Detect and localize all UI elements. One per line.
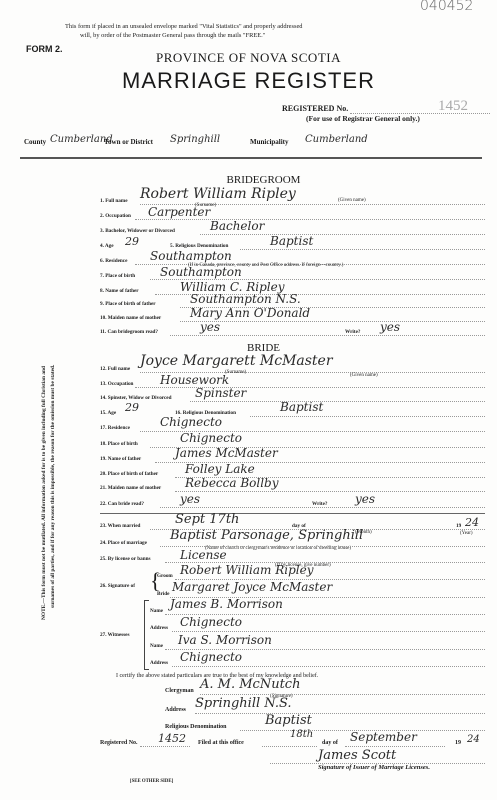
groom-father-birthplace-value: Southampton N.S.	[190, 292, 301, 306]
witness1-address-label: Address	[150, 625, 168, 631]
bride-residence-label: 17. Residence	[100, 425, 130, 431]
town-label: Town or District	[104, 138, 153, 146]
line	[140, 746, 190, 747]
bride-father-label: 19. Name of father	[100, 456, 141, 462]
groom-given-caption: (Given name)	[338, 198, 366, 203]
clergy-denomination: Baptist	[265, 713, 312, 728]
line	[170, 335, 485, 336]
bride-occupation-value: Housework	[160, 373, 229, 387]
postal-notice-line1: This form if placed in an unsealed envel…	[65, 23, 303, 30]
groom-read-value: yes	[200, 320, 220, 334]
side-note: NOTE.—This form must not be mutilated. A…	[40, 365, 58, 620]
bride-birthplace-value: Chignecto	[180, 431, 242, 445]
line	[345, 746, 445, 747]
registrar-note: (For use of Registrar General only.)	[306, 114, 420, 123]
stamp-number: 040452	[420, 0, 473, 14]
province-heading: PROVINCE OF NOVA SCOTIA	[0, 50, 497, 66]
filed-day-of-label: day of	[322, 740, 338, 746]
clergyman-signature: A. M. McNutch	[200, 677, 300, 692]
groom-age-value: 29	[125, 235, 139, 248]
side-note-line1: NOTE.—This form must not be mutilated. A…	[40, 365, 49, 620]
line	[135, 219, 485, 220]
line	[200, 234, 485, 235]
groom-read-label: 11. Can bridegroom read?	[100, 329, 158, 335]
groom-residence-label: 6. Residence	[100, 258, 127, 264]
header-divider	[20, 157, 482, 159]
bride-sig-label: Bride	[157, 591, 169, 597]
groom-age-label: 4. Age	[100, 243, 114, 249]
filed-label: Filed at this office	[198, 740, 244, 746]
groom-full-name-value: Robert William Ripley	[140, 186, 296, 202]
filed-year: 24	[467, 734, 480, 745]
groom-father-birthplace-label: 9. Place of birth of father	[100, 301, 156, 307]
filing-registered-no-value: 1452	[158, 732, 186, 745]
witnesses-label: 27. Witnesses	[100, 632, 130, 638]
groom-status-label: 3. Bachelor, Widower or Divorced	[100, 228, 175, 234]
groom-mother-value: Mary Ann O'Donald	[190, 306, 310, 320]
filed-year-prefix: 19	[455, 740, 461, 746]
page-title: MARRIAGE REGISTER	[0, 68, 497, 94]
witness2-name: Iva S. Morrison	[178, 633, 272, 647]
license-value: License	[180, 548, 227, 562]
line	[135, 387, 485, 388]
bride-mother-value: Rebecca Bollby	[185, 476, 279, 490]
line	[200, 694, 485, 695]
line	[195, 713, 485, 714]
line	[262, 746, 317, 747]
bride-father-value: James McMaster	[175, 446, 278, 460]
witness1-address: Chignecto	[180, 615, 242, 629]
year-value: 24	[465, 516, 479, 529]
clergyman-address-label: Address	[165, 707, 186, 713]
bride-father-birthplace-label: 20. Place of birth of father	[100, 471, 158, 477]
witness1-name-label: Name	[150, 608, 163, 614]
bride-given-caption: (Given name)	[350, 373, 378, 378]
groom-occupation-value: Carpenter	[148, 205, 210, 219]
witness2-address-label: Address	[150, 660, 168, 666]
filing-registered-no-label: Registered No.	[100, 740, 138, 746]
bride-father-birthplace-value: Folley Lake	[185, 462, 255, 476]
line	[180, 321, 485, 322]
county-label: County	[24, 138, 46, 146]
marriage-register-document: 040452 This form if placed in an unseale…	[0, 0, 497, 800]
bride-residence-value: Chignecto	[160, 415, 222, 429]
line	[160, 546, 485, 547]
groom-write-value: yes	[380, 320, 400, 334]
line	[172, 666, 485, 667]
bride-age-value: 29	[125, 401, 139, 414]
issuer-signature: James Scott	[318, 748, 396, 763]
filed-month: September	[350, 730, 417, 744]
clergy-denomination-label: Religious Denomination	[165, 724, 227, 730]
issuer-caption: Signature of Issuer of Marriage Licenses…	[318, 764, 430, 771]
groom-birthplace-value: Southampton	[160, 265, 242, 279]
registered-no-label: REGISTERED No.	[282, 104, 348, 113]
when-married-day: Sept 17th	[175, 512, 239, 527]
groom-residence-value: Southampton	[150, 249, 232, 263]
bride-religion-value: Baptist	[280, 400, 323, 414]
groom-religion-value: Baptist	[270, 234, 313, 248]
see-other-side: [SEE OTHER SIDE]	[130, 779, 173, 784]
town-value: Springhill	[170, 134, 220, 145]
groom-occupation-label: 2. Occupation	[100, 213, 131, 219]
groom-birthplace-label: 7. Place of birth	[100, 273, 135, 279]
signature-of-label: 26. Signature of	[100, 583, 135, 589]
bride-occupation-label: 13. Occupation	[100, 381, 133, 387]
bride-full-name-label: 12. Full name	[100, 366, 130, 372]
witness2-address: Chignecto	[180, 650, 242, 664]
line	[172, 631, 485, 632]
bride-age-label: 15. Age	[100, 410, 116, 416]
groom-signature: Robert William Ripley	[180, 563, 314, 577]
license-label: 25. By license or banns	[100, 556, 151, 562]
clergyman-address: Springhill N.S.	[195, 696, 292, 711]
bride-birthplace-label: 18. Place of birth	[100, 441, 138, 447]
line	[190, 401, 485, 402]
line	[160, 507, 485, 508]
bridegroom-heading: BRIDEGROOM	[0, 174, 497, 186]
place-of-marriage-value: Baptist Parsonage, Springhill	[170, 528, 363, 543]
bride-read-value: yes	[180, 492, 200, 506]
side-note-line2: surnames of all parties, and if for any …	[49, 365, 58, 620]
groom-sig-label: Groom	[157, 573, 173, 579]
line	[250, 416, 485, 417]
municipality-value: Cumberland	[305, 134, 368, 145]
clergyman-label: Clergyman	[165, 688, 194, 694]
groom-mother-label: 10. Maiden name of mother	[100, 315, 161, 321]
witnesses-brace	[144, 600, 149, 670]
filed-day: 18th	[290, 729, 313, 740]
postal-notice-line2: will, by order of the Postmaster General…	[80, 32, 265, 39]
bride-mother-label: 21. Maiden name of mother	[100, 485, 161, 491]
witness1-name: James B. Morrison	[170, 597, 283, 611]
bride-write-value: yes	[355, 492, 375, 506]
place-of-marriage-label: 24. Place of marriage	[100, 540, 147, 546]
bride-status-value: Spinster	[195, 386, 246, 400]
groom-father-label: 8. Name of father	[100, 288, 139, 294]
line	[240, 249, 485, 250]
groom-status-value: Bachelor	[210, 219, 264, 233]
year-caption: (Year)	[460, 531, 473, 536]
bride-read-label: 22. Can bride read?	[100, 501, 144, 507]
groom-full-name-label: 1. Full name	[100, 198, 128, 204]
bride-signature: Margaret Joyce McMaster	[172, 580, 332, 594]
line	[175, 491, 485, 492]
bride-divider	[100, 513, 485, 514]
witness2-name-label: Name	[150, 643, 163, 649]
bride-full-name-value: Joyce Margarett McMaster	[140, 353, 333, 369]
municipality-label: Municipality	[250, 138, 289, 146]
when-married-label: 23. When married	[100, 523, 140, 529]
